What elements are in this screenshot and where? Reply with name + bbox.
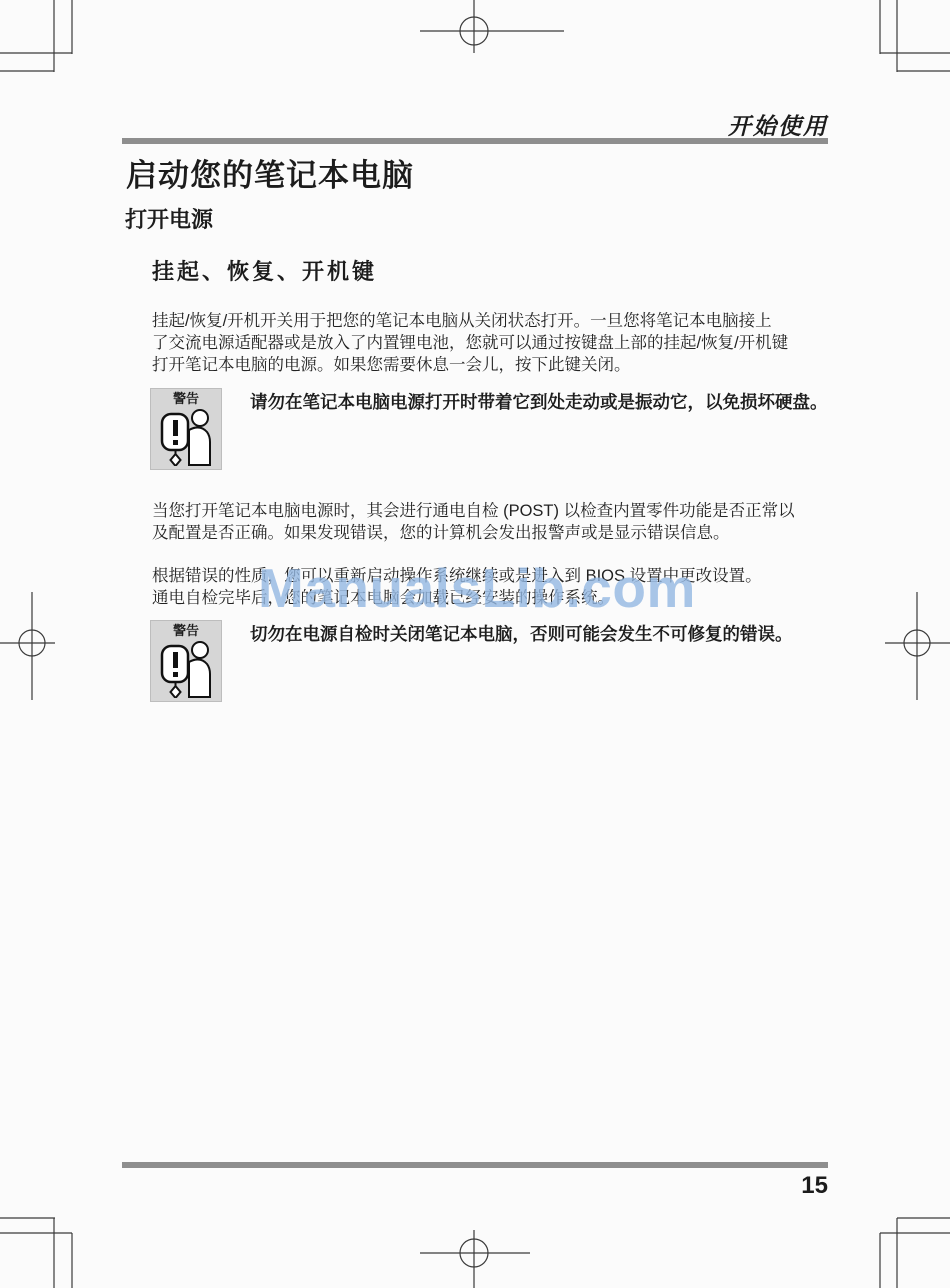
page-subtitle: 打开电源 [125,203,213,234]
crop-mark-bottom-center [420,1230,530,1288]
crop-mark-top-left [0,0,72,72]
warning-callout-post: 警告 切勿在电源自检时关闭笔记本电脑，否则可能会发生不可修复的错误。 [150,620,832,702]
paragraph-post-check: 当您打开笔记本电脑电源时，其会进行通电自检 (POST) 以检查内置零件功能是否… [152,500,834,544]
crop-mark-top-center [420,0,564,53]
crop-mark-bottom-left [0,1218,72,1288]
paragraph-power-switch: 挂起/恢复/开机开关用于把您的笔记本电脑从关闭状态打开。一旦您将笔记本电脑接上 … [152,310,834,376]
page-title: 启动您的笔记本电脑 [126,150,414,195]
crop-mark-top-right [880,0,950,72]
warning-callout-hdd: 警告 请勿在笔记本电脑电源打开时带着它到处走动或是振动它，以免损坏硬盘。 [150,388,832,470]
warning-text: 请勿在笔记本电脑电源打开时带着它到处走动或是振动它，以免损坏硬盘。 [250,390,828,415]
footer-rule [122,1162,828,1168]
header-rule [122,138,828,144]
crop-mark-bottom-right [880,1218,950,1288]
manual-page: 开始使用 启动您的笔记本电脑 打开电源 挂起、恢复、开机键 挂起/恢复/开机开关… [0,0,950,1288]
manualslib-watermark: ManualsLib.com [258,556,696,620]
warning-icon-label: 警告 [151,389,221,407]
warning-icon: 警告 [150,620,222,702]
warning-icon: 警告 [150,388,222,470]
crop-mark-left-center [0,592,55,700]
page-number: 15 [122,1172,828,1200]
section-heading: 挂起、恢复、开机键 [152,255,377,286]
warning-icon-label: 警告 [151,621,221,639]
warning-figure-icon [160,408,212,466]
crop-mark-right-center [885,592,950,700]
running-head: 开始使用 [122,108,828,141]
warning-text: 切勿在电源自检时关闭笔记本电脑，否则可能会发生不可修复的错误。 [250,622,793,647]
warning-figure-icon [160,640,212,698]
